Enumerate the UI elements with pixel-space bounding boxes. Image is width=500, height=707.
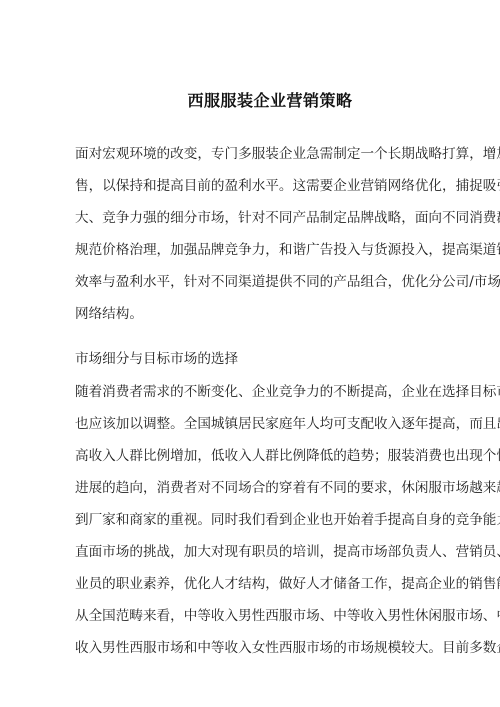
paragraph-line: 从全国范畴来看，中等收入男性西服市场、中等收入男性休闲服市场、中高 bbox=[75, 607, 470, 625]
paragraph-line: 随着消费者需求的不断变化、企业竞争力的不断提高，企业在选择目标市场 bbox=[75, 383, 470, 401]
paragraph-line: 高收入人群比例增加，低收入人群比例降低的趋势；服装消费也出现个性化 bbox=[75, 447, 470, 465]
paragraph-line: 规范价格治理，加强品牌竞争力，和谐广告投入与货源投入，提高渠道销售 bbox=[75, 241, 470, 259]
paragraph-line: 面对宏观环境的改变，专门多服装企业急需制定一个长期战略打算，增加销 bbox=[75, 145, 470, 163]
paragraph-line: 也应该加以调整。全国城镇居民家庭年人均可支配收入逐年提高，而且出现 bbox=[75, 415, 470, 433]
document-title: 西服服装企业营销策略 bbox=[0, 88, 500, 111]
paragraph-line: 效率与盈利水平，针对不同渠道提供不同的产品组合，优化分公司/市场部 bbox=[75, 273, 470, 291]
paragraph-line: 到厂家和商家的重视。同时我们看到企业也开始着手提高自身的竞争能力， bbox=[75, 511, 470, 529]
section-heading: 市场细分与目标市场的选择 bbox=[75, 350, 470, 368]
paragraph-line: 大、竞争力强的细分市场，针对不同产品制定品牌战略，面向不同消费群体， bbox=[75, 209, 470, 227]
paragraph-line: 网络结构。 bbox=[75, 305, 470, 323]
paragraph-line: 收入男性西服市场和中等收入女性西服市场的市场规模较大。目前多数企业 bbox=[75, 639, 470, 657]
paragraph-line: 业员的职业素养，优化人才结构，做好人才储备工作，提高企业的销售能力。 bbox=[75, 575, 470, 593]
paragraph-line: 直面市场的挑战，加大对现有职员的培训，提高市场部负责人、营销员、营 bbox=[75, 543, 470, 561]
document-page: 西服服装企业营销策略 面对宏观环境的改变，专门多服装企业急需制定一个长期战略打算… bbox=[0, 0, 500, 707]
paragraph-line: 售，以保持和提高目前的盈利水平。这需要企业营销网络优化，捕捉吸引力 bbox=[75, 177, 470, 195]
paragraph-line: 进展的趋向，消费者对不同场合的穿着有不同的要求，休闲服市场越来越受 bbox=[75, 479, 470, 497]
